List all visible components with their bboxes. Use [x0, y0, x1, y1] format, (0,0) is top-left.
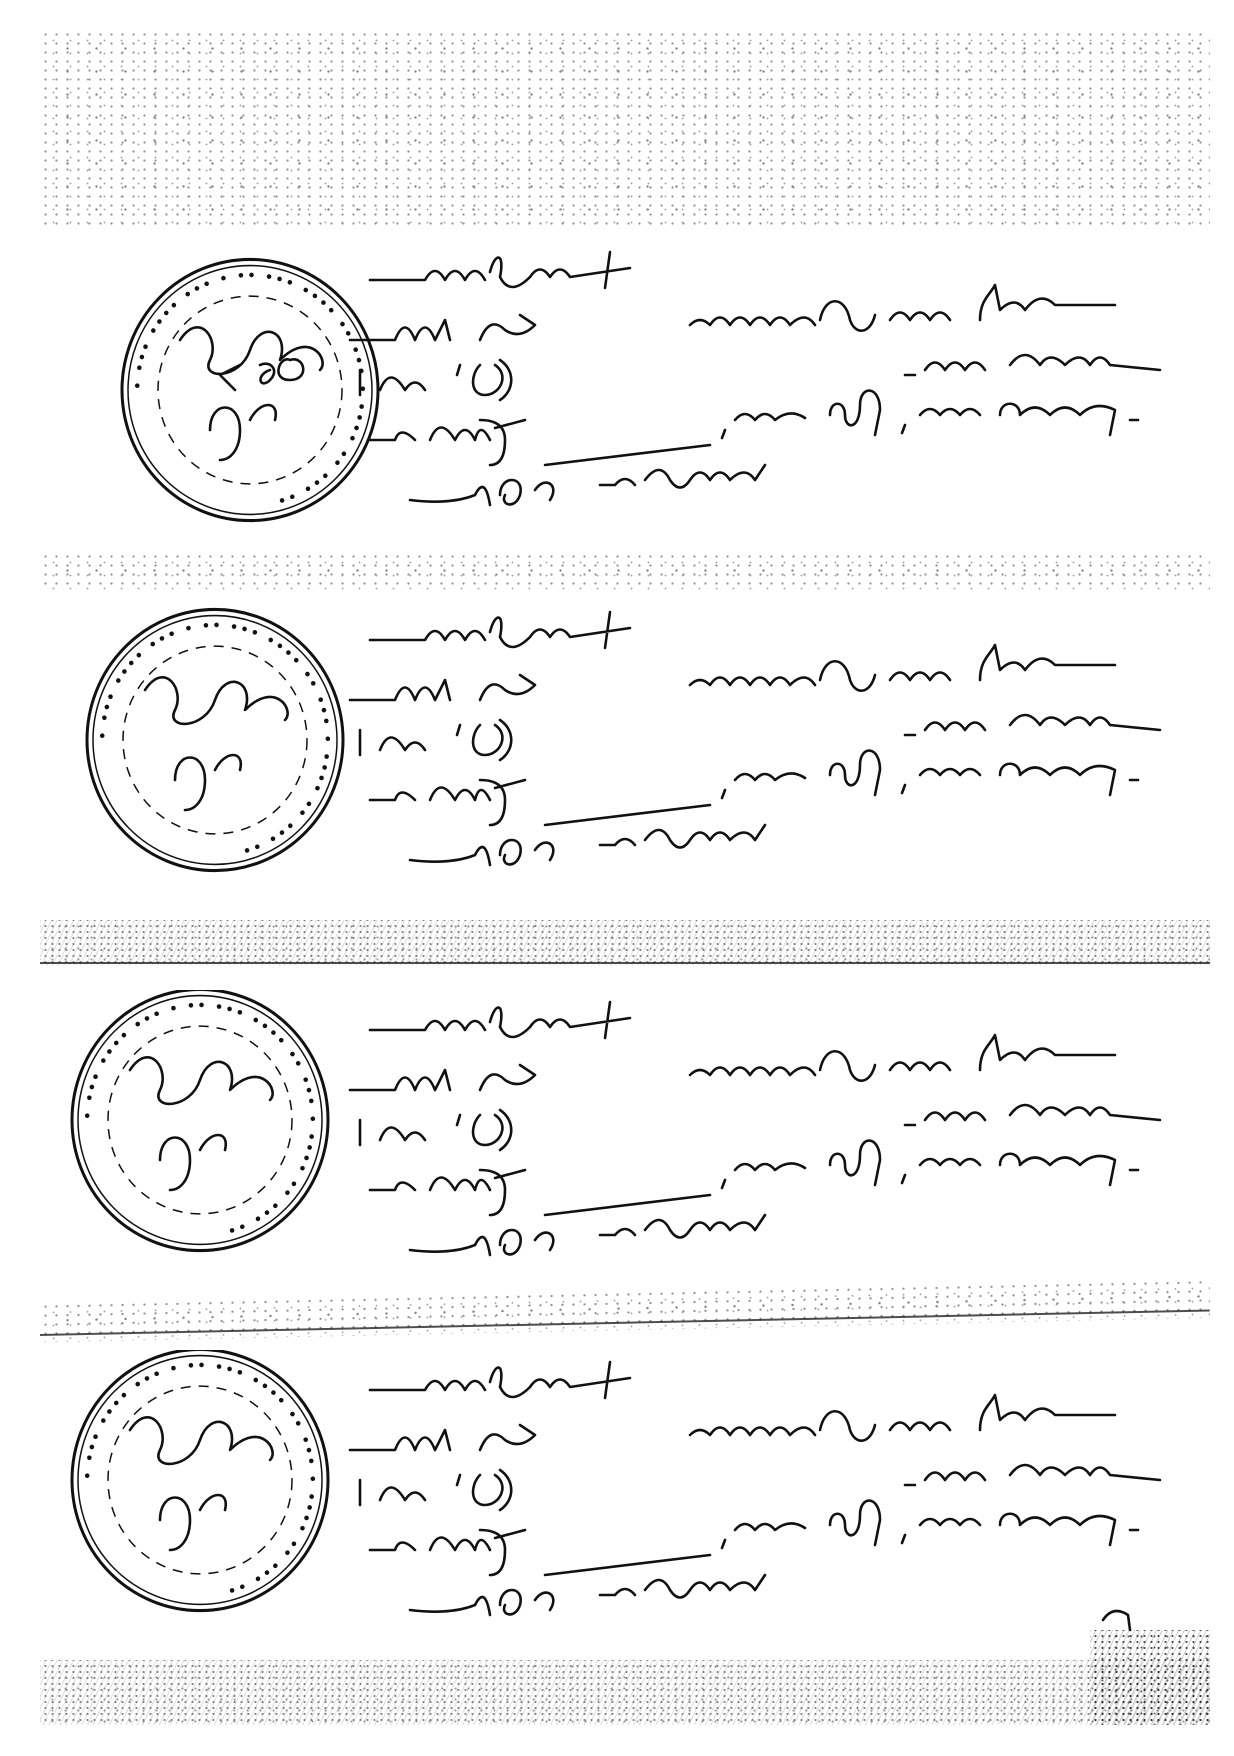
scan-artifact-mark — [1098, 1600, 1138, 1640]
stamp-seal: • ••• •••• ••• • •• ••• •••• •• ••• • ••… — [72, 990, 328, 1251]
entry-drawing: • ••• •••• ••• • •• ••• •••• •• ••• • ••… — [0, 600, 1234, 930]
handwriting — [145, 612, 1160, 865]
svg-text:• ••• •••• ••• • •• ••• •••• •: • ••• •••• ••• • •• ••• •••• •• ••• • ••… — [81, 1359, 319, 1598]
stamp-seal: • ••• •••• ••• • •• ••• •••• •• ••• • ••… — [87, 609, 343, 870]
entry-drawing: • ••• •••• ••• • •• ••• •••• •• ••• • ••… — [0, 990, 1234, 1320]
entry-drawing: • ••• •••• ••• • •• ••• •••• •• ••• • ••… — [0, 1350, 1234, 1680]
svg-text:• ••• •••• ••• • •• ••• •••• •: • ••• •••• ••• • •• ••• •••• •• ••• • ••… — [96, 619, 334, 858]
entry-drawing: • ••• •••• ••• • •• ••• •••• •• ••• • ••… — [0, 240, 1234, 570]
svg-text:• ••• •••• ••• • •• ••• •••• •: • ••• •••• ••• • •• ••• •••• •• ••• • ••… — [131, 269, 369, 508]
stamp-seal: • ••• •••• ••• • •• ••• •••• •• ••• • ••… — [72, 1350, 328, 1611]
stamp-seal: • ••• •••• ••• • •• ••• •••• •• ••• • ••… — [122, 259, 378, 520]
svg-text:• ••• •••• ••• • •• ••• •••• •: • ••• •••• ••• • •• ••• •••• •• ••• • ••… — [81, 999, 319, 1238]
scan-edge-line-2 — [40, 962, 1210, 964]
scan-noise-top — [40, 30, 1210, 230]
